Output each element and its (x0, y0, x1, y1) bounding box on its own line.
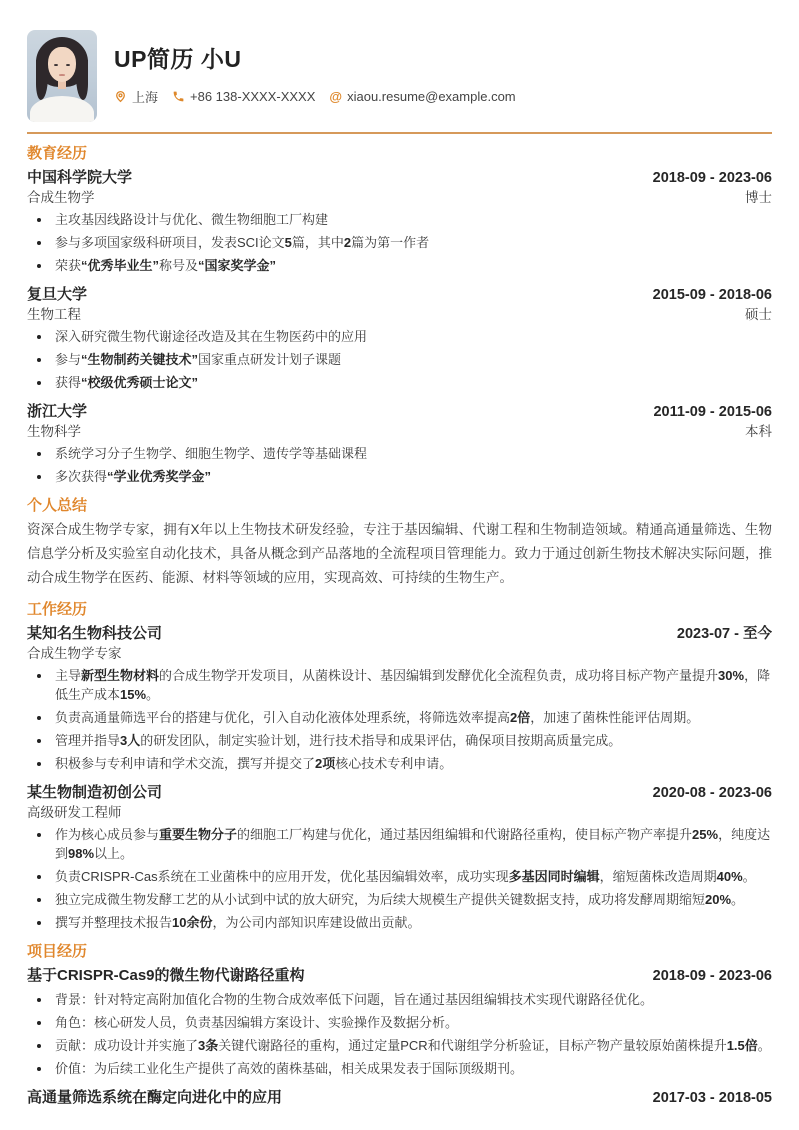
school-name: 浙江大学 (27, 402, 87, 421)
major-name: 生物工程 (27, 306, 81, 323)
contact-email: @ xiaou.resume@example.com (329, 89, 515, 104)
highlighted-text: 3条 (198, 1038, 218, 1053)
photo-face (48, 47, 76, 82)
work-entry: 某生物制造初创公司 2020-08 - 2023-06 高级研发工程师 作为核心… (27, 783, 772, 932)
text-segment: 撰写并整理技术报告 (55, 915, 172, 930)
photo-eye (66, 64, 70, 66)
highlighted-text: “优秀毕业生” (81, 258, 159, 273)
text-segment: 贡献：成功设计并实施了 (55, 1038, 198, 1053)
text-segment: 篇，其中 (292, 235, 344, 250)
profile-photo (27, 30, 97, 122)
degree-name: 硕士 (745, 306, 772, 323)
header-text: UP简历 小U 上海 +86 138-XXXX-XXXX @ xiaou.r (114, 30, 523, 106)
bullet-item: 主导新型生物材料的合成生物学开发项目，从菌株设计、基因编辑到发酵优化全流程负责，… (27, 666, 772, 704)
summary-section: 个人总结 资深合成生物学专家，拥有X年以上生物技术研发经验，专注于基因编辑、代谢… (27, 496, 772, 590)
bullet-item: 角色：核心研发人员，负责基因编辑方案设计、实验操作及数据分析。 (27, 1013, 772, 1032)
school-name: 中国科学院大学 (27, 168, 132, 187)
text-segment: 。 (146, 687, 159, 702)
highlighted-text: 30% (718, 668, 744, 683)
work-section: 工作经历 某知名生物科技公司 2023-07 - 至今 合成生物学专家 主导新型… (27, 600, 772, 932)
text-segment: 主攻基因线路设计与优化、微生物细胞工厂构建 (55, 212, 328, 227)
highlighted-text: 25% (692, 827, 718, 842)
bullet-list: 系统学习分子生物学、细胞生物学、遗传学等基础课程多次获得“学业优秀奖学金” (27, 444, 772, 486)
text-segment: 。 (758, 1038, 771, 1053)
bullet-item: 获得“校级优秀硕士论文” (27, 373, 772, 392)
entry-header-row: 复旦大学 2015-09 - 2018-06 (27, 285, 772, 305)
highlighted-text: 1.5倍 (727, 1038, 758, 1053)
section-heading-education: 教育经历 (27, 144, 772, 163)
text-segment: 主导 (55, 668, 81, 683)
company-name: 某知名生物科技公司 (27, 624, 162, 643)
section-heading-projects: 项目经历 (27, 942, 772, 961)
highlighted-text: 2倍 (510, 710, 530, 725)
highlighted-text: 10余份 (172, 915, 212, 930)
work-entry: 某知名生物科技公司 2023-07 - 至今 合成生物学专家 主导新型生物材料的… (27, 624, 772, 773)
at-icon: @ (329, 90, 342, 103)
projects-section: 项目经历 基于CRISPR-Cas9的微生物代谢路径重构 2018-09 - 2… (27, 942, 772, 1108)
text-segment: 作为核心成员参与 (55, 827, 159, 842)
bullet-list: 主导新型生物材料的合成生物学开发项目，从菌株设计、基因编辑到发酵优化全流程负责，… (27, 666, 772, 773)
highlighted-text: “生物制药关键技术” (81, 352, 198, 367)
highlighted-text: 40% (717, 869, 743, 884)
bullet-item: 负责CRISPR-Cas系统在工业菌株中的应用开发，优化基因编辑效率，成功实现多… (27, 867, 772, 886)
school-name: 复旦大学 (27, 285, 87, 304)
bullet-list: 深入研究微生物代谢途径改造及其在生物医药中的应用参与“生物制药关键技术”国家重点… (27, 327, 772, 392)
highlighted-text: 多基因同时编辑 (509, 869, 600, 884)
text-segment: 参与多项国家级科研项目，发表SCI论文 (55, 235, 285, 250)
photo-eye (54, 64, 58, 66)
text-segment: 管理并指导 (55, 733, 120, 748)
degree-name: 博士 (745, 189, 772, 206)
text-segment: 的研发团队，制定实验计划，进行技术指导和成果评估，确保项目按期高质量完成。 (140, 733, 621, 748)
date-range: 2023-07 - 至今 (677, 625, 772, 644)
bullet-item: 系统学习分子生物学、细胞生物学、遗传学等基础课程 (27, 444, 772, 463)
bullet-item: 管理并指导3人的研发团队，制定实验计划，进行技术指导和成果评估，确保项目按期高质… (27, 731, 772, 750)
major-name: 合成生物学 (27, 189, 95, 206)
text-segment: 国家重点研发计划子课题 (198, 352, 341, 367)
bullet-item: 主攻基因线路设计与优化、微生物细胞工厂构建 (27, 210, 772, 229)
location-text: 上海 (132, 87, 158, 106)
entry-header-row: 中国科学院大学 2018-09 - 2023-06 (27, 168, 772, 188)
text-segment: 角色：核心研发人员，负责基因编辑方案设计、实验操作及数据分析。 (55, 1015, 458, 1030)
contact-location: 上海 (114, 87, 158, 106)
text-segment: 参与 (55, 352, 81, 367)
text-segment: 的细胞工厂构建与优化，通过基因组编辑和代谢路径重构，使目标产物产率提升 (237, 827, 692, 842)
highlighted-text: 5 (285, 235, 292, 250)
date-range: 2020-08 - 2023-06 (653, 784, 772, 803)
date-range: 2015-09 - 2018-06 (653, 286, 772, 305)
header-divider (27, 132, 772, 134)
text-segment: ，为公司内部知识库建设做出贡献。 (212, 915, 420, 930)
highlighted-text: 2项 (315, 756, 335, 771)
phone-text: +86 138-XXXX-XXXX (190, 89, 315, 104)
education-entry: 中国科学院大学 2018-09 - 2023-06 合成生物学 博士 主攻基因线… (27, 168, 772, 275)
highlighted-text: 重要生物分子 (159, 827, 237, 842)
entry-sub-row: 合成生物学 博士 (27, 189, 772, 206)
bullet-item: 积极参与专利申请和学术交流，撰写并提交了2项核心技术专利申请。 (27, 754, 772, 773)
highlighted-text: “国家奖学金” (198, 258, 276, 273)
date-range: 2011-09 - 2015-06 (653, 403, 772, 422)
resume-header: UP简历 小U 上海 +86 138-XXXX-XXXX @ xiaou.r (27, 0, 772, 122)
education-entry: 复旦大学 2015-09 - 2018-06 生物工程 硕士 深入研究微生物代谢… (27, 285, 772, 392)
text-segment: 负责CRISPR-Cas系统在工业菌株中的应用开发，优化基因编辑效率，成功实现 (55, 869, 509, 884)
project-entry: 高通量筛选系统在酶定向进化中的应用 2017-03 - 2018-05 (27, 1088, 772, 1108)
project-entry: 基于CRISPR-Cas9的微生物代谢路径重构 2018-09 - 2023-0… (27, 966, 772, 1078)
text-segment: ，缩短菌株改造周期 (600, 869, 717, 884)
project-title: 基于CRISPR-Cas9的微生物代谢路径重构 (27, 966, 305, 985)
text-segment: 。 (731, 892, 744, 907)
highlighted-text: “校级优秀硕士论文” (81, 375, 198, 390)
text-segment: 独立完成微生物发酵工艺的从小试到中试的放大研究，为后续大规模生产提供关键数据支持… (55, 892, 705, 907)
section-heading-work: 工作经历 (27, 600, 772, 619)
date-range: 2018-09 - 2023-06 (653, 169, 772, 188)
photo-mouth (59, 74, 65, 76)
text-segment: 系统学习分子生物学、细胞生物学、遗传学等基础课程 (55, 446, 367, 461)
text-segment: ，加速了菌株性能评估周期。 (530, 710, 699, 725)
bullet-item: 独立完成微生物发酵工艺的从小试到中试的放大研究，为后续大规模生产提供关键数据支持… (27, 890, 772, 909)
resume-page: UP简历 小U 上海 +86 138-XXXX-XXXX @ xiaou.r (0, 0, 799, 1130)
job-title: 合成生物学专家 (27, 645, 122, 662)
text-segment: 背景：针对特定高附加值化合物的生物合成效率低下问题，旨在通过基因组编辑技术实现代… (55, 992, 653, 1007)
education-section: 教育经历 中国科学院大学 2018-09 - 2023-06 合成生物学 博士 … (27, 144, 772, 486)
date-range: 2018-09 - 2023-06 (653, 967, 772, 986)
text-segment: 价值：为后续工业化生产提供了高效的菌株基础，相关成果发表于国际顶级期刊。 (55, 1061, 523, 1076)
bullet-item: 负责高通量筛选平台的搭建与优化，引入自动化液体处理系统，将筛选效率提高2倍，加速… (27, 708, 772, 727)
phone-icon (172, 90, 185, 103)
highlighted-text: 3人 (120, 733, 140, 748)
text-segment: 的合成生物学开发项目，从菌株设计、基因编辑到发酵优化全流程负责，成功将目标产物产… (159, 668, 718, 683)
text-segment: 深入研究微生物代谢途径改造及其在生物医药中的应用 (55, 329, 367, 344)
bullet-item: 撰写并整理技术报告10余份，为公司内部知识库建设做出贡献。 (27, 913, 772, 932)
entry-header-row: 基于CRISPR-Cas9的微生物代谢路径重构 2018-09 - 2023-0… (27, 966, 772, 986)
summary-text: 资深合成生物学专家，拥有X年以上生物技术研发经验，专注于基因编辑、代谢工程和生物… (27, 518, 772, 590)
entry-header-row: 某知名生物科技公司 2023-07 - 至今 (27, 624, 772, 644)
text-segment: 核心技术专利申请。 (335, 756, 452, 771)
entry-sub-row: 合成生物学专家 (27, 645, 772, 662)
email-text: xiaou.resume@example.com (347, 89, 516, 104)
highlighted-text: 20% (705, 892, 731, 907)
highlighted-text: 15% (120, 687, 146, 702)
bullet-item: 背景：针对特定高附加值化合物的生物合成效率低下问题，旨在通过基因组编辑技术实现代… (27, 990, 772, 1009)
text-segment: 多次获得 (55, 469, 107, 484)
job-title: 高级研发工程师 (27, 804, 122, 821)
bullet-list: 背景：针对特定高附加值化合物的生物合成效率低下问题，旨在通过基因组编辑技术实现代… (27, 990, 772, 1078)
entry-sub-row: 生物科学 本科 (27, 423, 772, 440)
bullet-list: 主攻基因线路设计与优化、微生物细胞工厂构建参与多项国家级科研项目，发表SCI论文… (27, 210, 772, 275)
entry-header-row: 高通量筛选系统在酶定向进化中的应用 2017-03 - 2018-05 (27, 1088, 772, 1108)
contact-phone: +86 138-XXXX-XXXX (172, 89, 315, 104)
bullet-item: 参与“生物制药关键技术”国家重点研发计划子课题 (27, 350, 772, 369)
section-heading-summary: 个人总结 (27, 496, 772, 515)
text-segment: 篇为第一作者 (351, 235, 429, 250)
education-entry: 浙江大学 2011-09 - 2015-06 生物科学 本科 系统学习分子生物学… (27, 402, 772, 486)
text-segment: 积极参与专利申请和学术交流，撰写并提交了 (55, 756, 315, 771)
photo-hair-right (76, 60, 88, 100)
bullet-item: 多次获得“学业优秀奖学金” (27, 467, 772, 486)
bullet-item: 深入研究微生物代谢途径改造及其在生物医药中的应用 (27, 327, 772, 346)
bullet-item: 作为核心成员参与重要生物分子的细胞工厂构建与优化，通过基因组编辑和代谢路径重构，… (27, 825, 772, 863)
photo-hair-left (36, 60, 48, 100)
bullet-item: 参与多项国家级科研项目，发表SCI论文5篇，其中2篇为第一作者 (27, 233, 772, 252)
text-segment: 获得 (55, 375, 81, 390)
location-icon (114, 90, 127, 103)
entry-sub-row: 生物工程 硕士 (27, 306, 772, 323)
highlighted-text: “学业优秀奖学金” (107, 469, 211, 484)
bullet-item: 价值：为后续工业化生产提供了高效的菌株基础，相关成果发表于国际顶级期刊。 (27, 1059, 772, 1078)
project-title: 高通量筛选系统在酶定向进化中的应用 (27, 1088, 282, 1107)
text-segment: 称号及 (159, 258, 198, 273)
entry-sub-row: 高级研发工程师 (27, 804, 772, 821)
degree-name: 本科 (745, 423, 772, 440)
major-name: 生物科学 (27, 423, 81, 440)
bullet-item: 荣获“优秀毕业生”称号及“国家奖学金” (27, 256, 772, 275)
candidate-name: UP简历 小U (114, 41, 523, 74)
text-segment: 关键代谢路径的重构，通过定量PCR和代谢组学分析验证，目标产物产量较原始菌株提升 (218, 1038, 726, 1053)
entry-header-row: 浙江大学 2011-09 - 2015-06 (27, 402, 772, 422)
text-segment: 以上。 (94, 846, 133, 861)
highlighted-text: 新型生物材料 (81, 668, 159, 683)
text-segment: 。 (743, 869, 756, 884)
bullet-item: 贡献：成功设计并实施了3条关键代谢路径的重构，通过定量PCR和代谢组学分析验证，… (27, 1036, 772, 1055)
entry-header-row: 某生物制造初创公司 2020-08 - 2023-06 (27, 783, 772, 803)
text-segment: 荣获 (55, 258, 81, 273)
company-name: 某生物制造初创公司 (27, 783, 162, 802)
bullet-list: 作为核心成员参与重要生物分子的细胞工厂构建与优化，通过基因组编辑和代谢路径重构，… (27, 825, 772, 932)
highlighted-text: 98% (68, 846, 94, 861)
contact-row: 上海 +86 138-XXXX-XXXX @ xiaou.resume@exam… (114, 87, 523, 106)
date-range: 2017-03 - 2018-05 (653, 1089, 772, 1108)
text-segment: 负责高通量筛选平台的搭建与优化，引入自动化液体处理系统，将筛选效率提高 (55, 710, 510, 725)
